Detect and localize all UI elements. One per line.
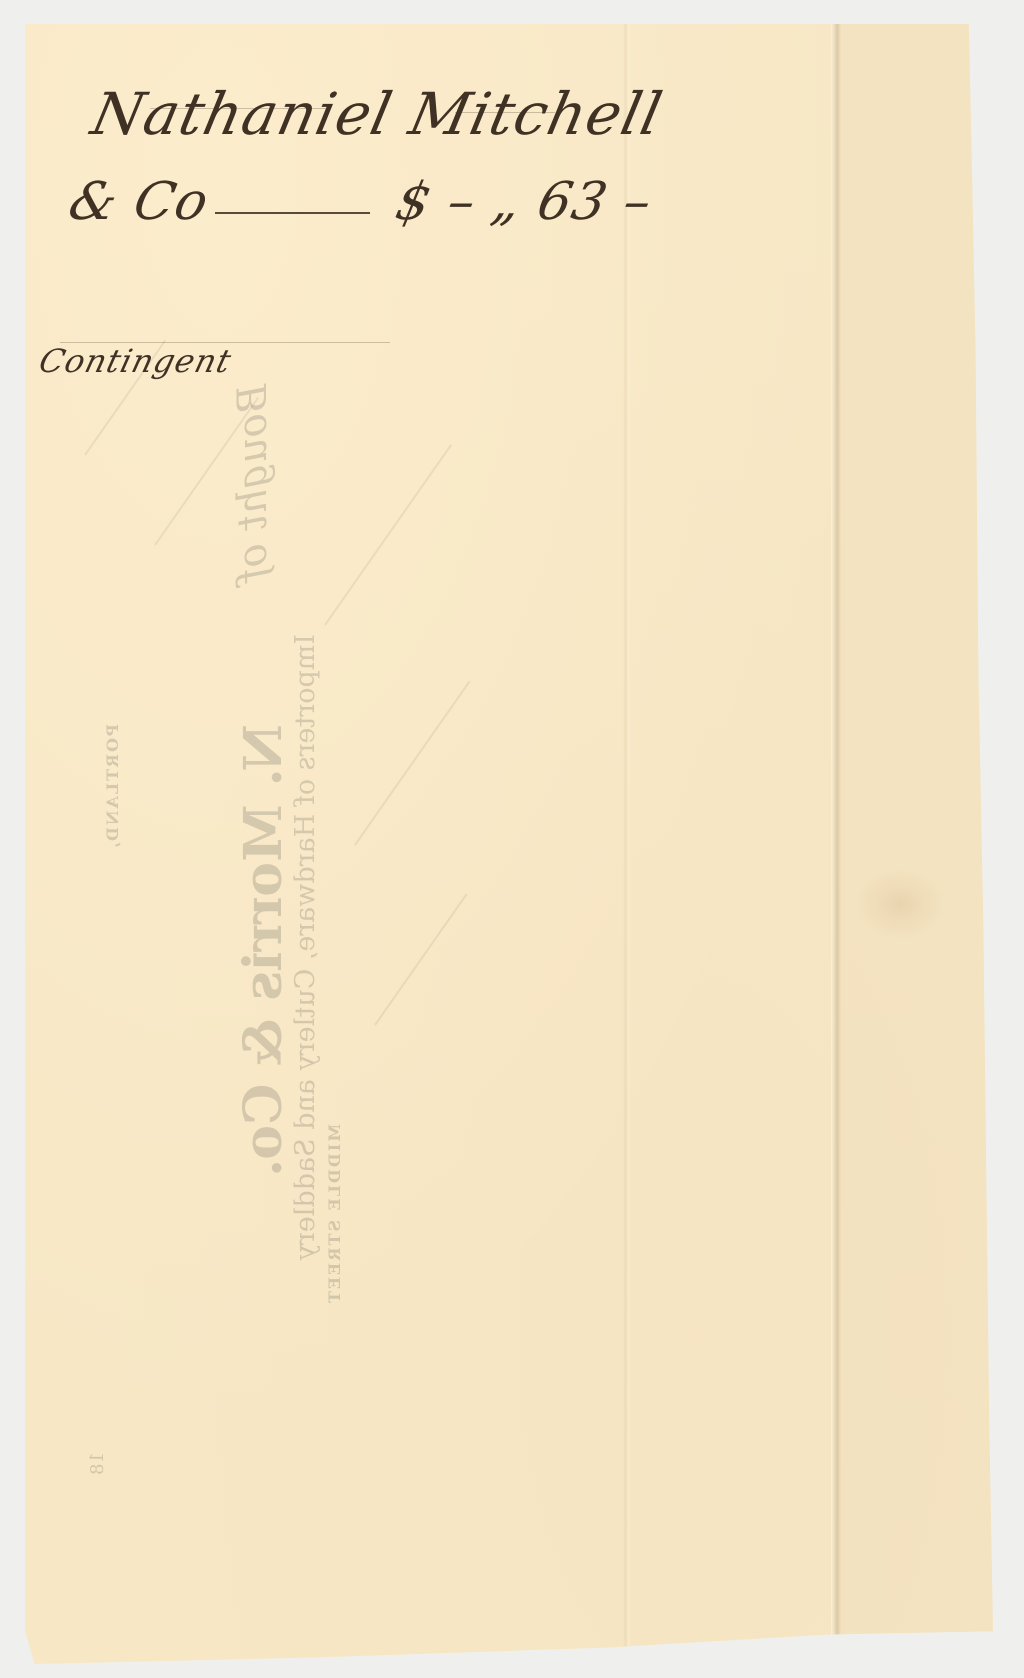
fold-line-faint (623, 24, 631, 1664)
payee-company-suffix: & Co (64, 172, 215, 232)
amount-leader-line (215, 212, 370, 214)
payee-name: Nathaniel Mitchell (86, 80, 669, 148)
bleed-through-handwriting (354, 681, 470, 846)
bleed-through-firm-name: N. Morris & Co. (233, 724, 294, 1177)
fold-crease (831, 24, 845, 1664)
bleed-through-street: MIDDLE STREET (325, 1124, 344, 1305)
foxing-stain (855, 869, 945, 939)
bleed-through-handwriting (374, 893, 467, 1025)
receipt-paper: Bought of N. Morris & Co. Importers of H… (25, 24, 993, 1664)
amount: $ – „ 63 – (391, 172, 658, 232)
bleed-through-heading: Bought of (230, 384, 276, 582)
bleed-through-year: 18 (87, 1452, 108, 1475)
bleed-through-handwriting (324, 444, 452, 625)
folded-panel (843, 24, 993, 1664)
bleed-through-city: PORTLAND, (103, 724, 122, 850)
account-category: Contingent (35, 342, 235, 380)
bleed-through-description: Importers of Hardware, Cutlery and Saddl… (290, 634, 321, 1260)
